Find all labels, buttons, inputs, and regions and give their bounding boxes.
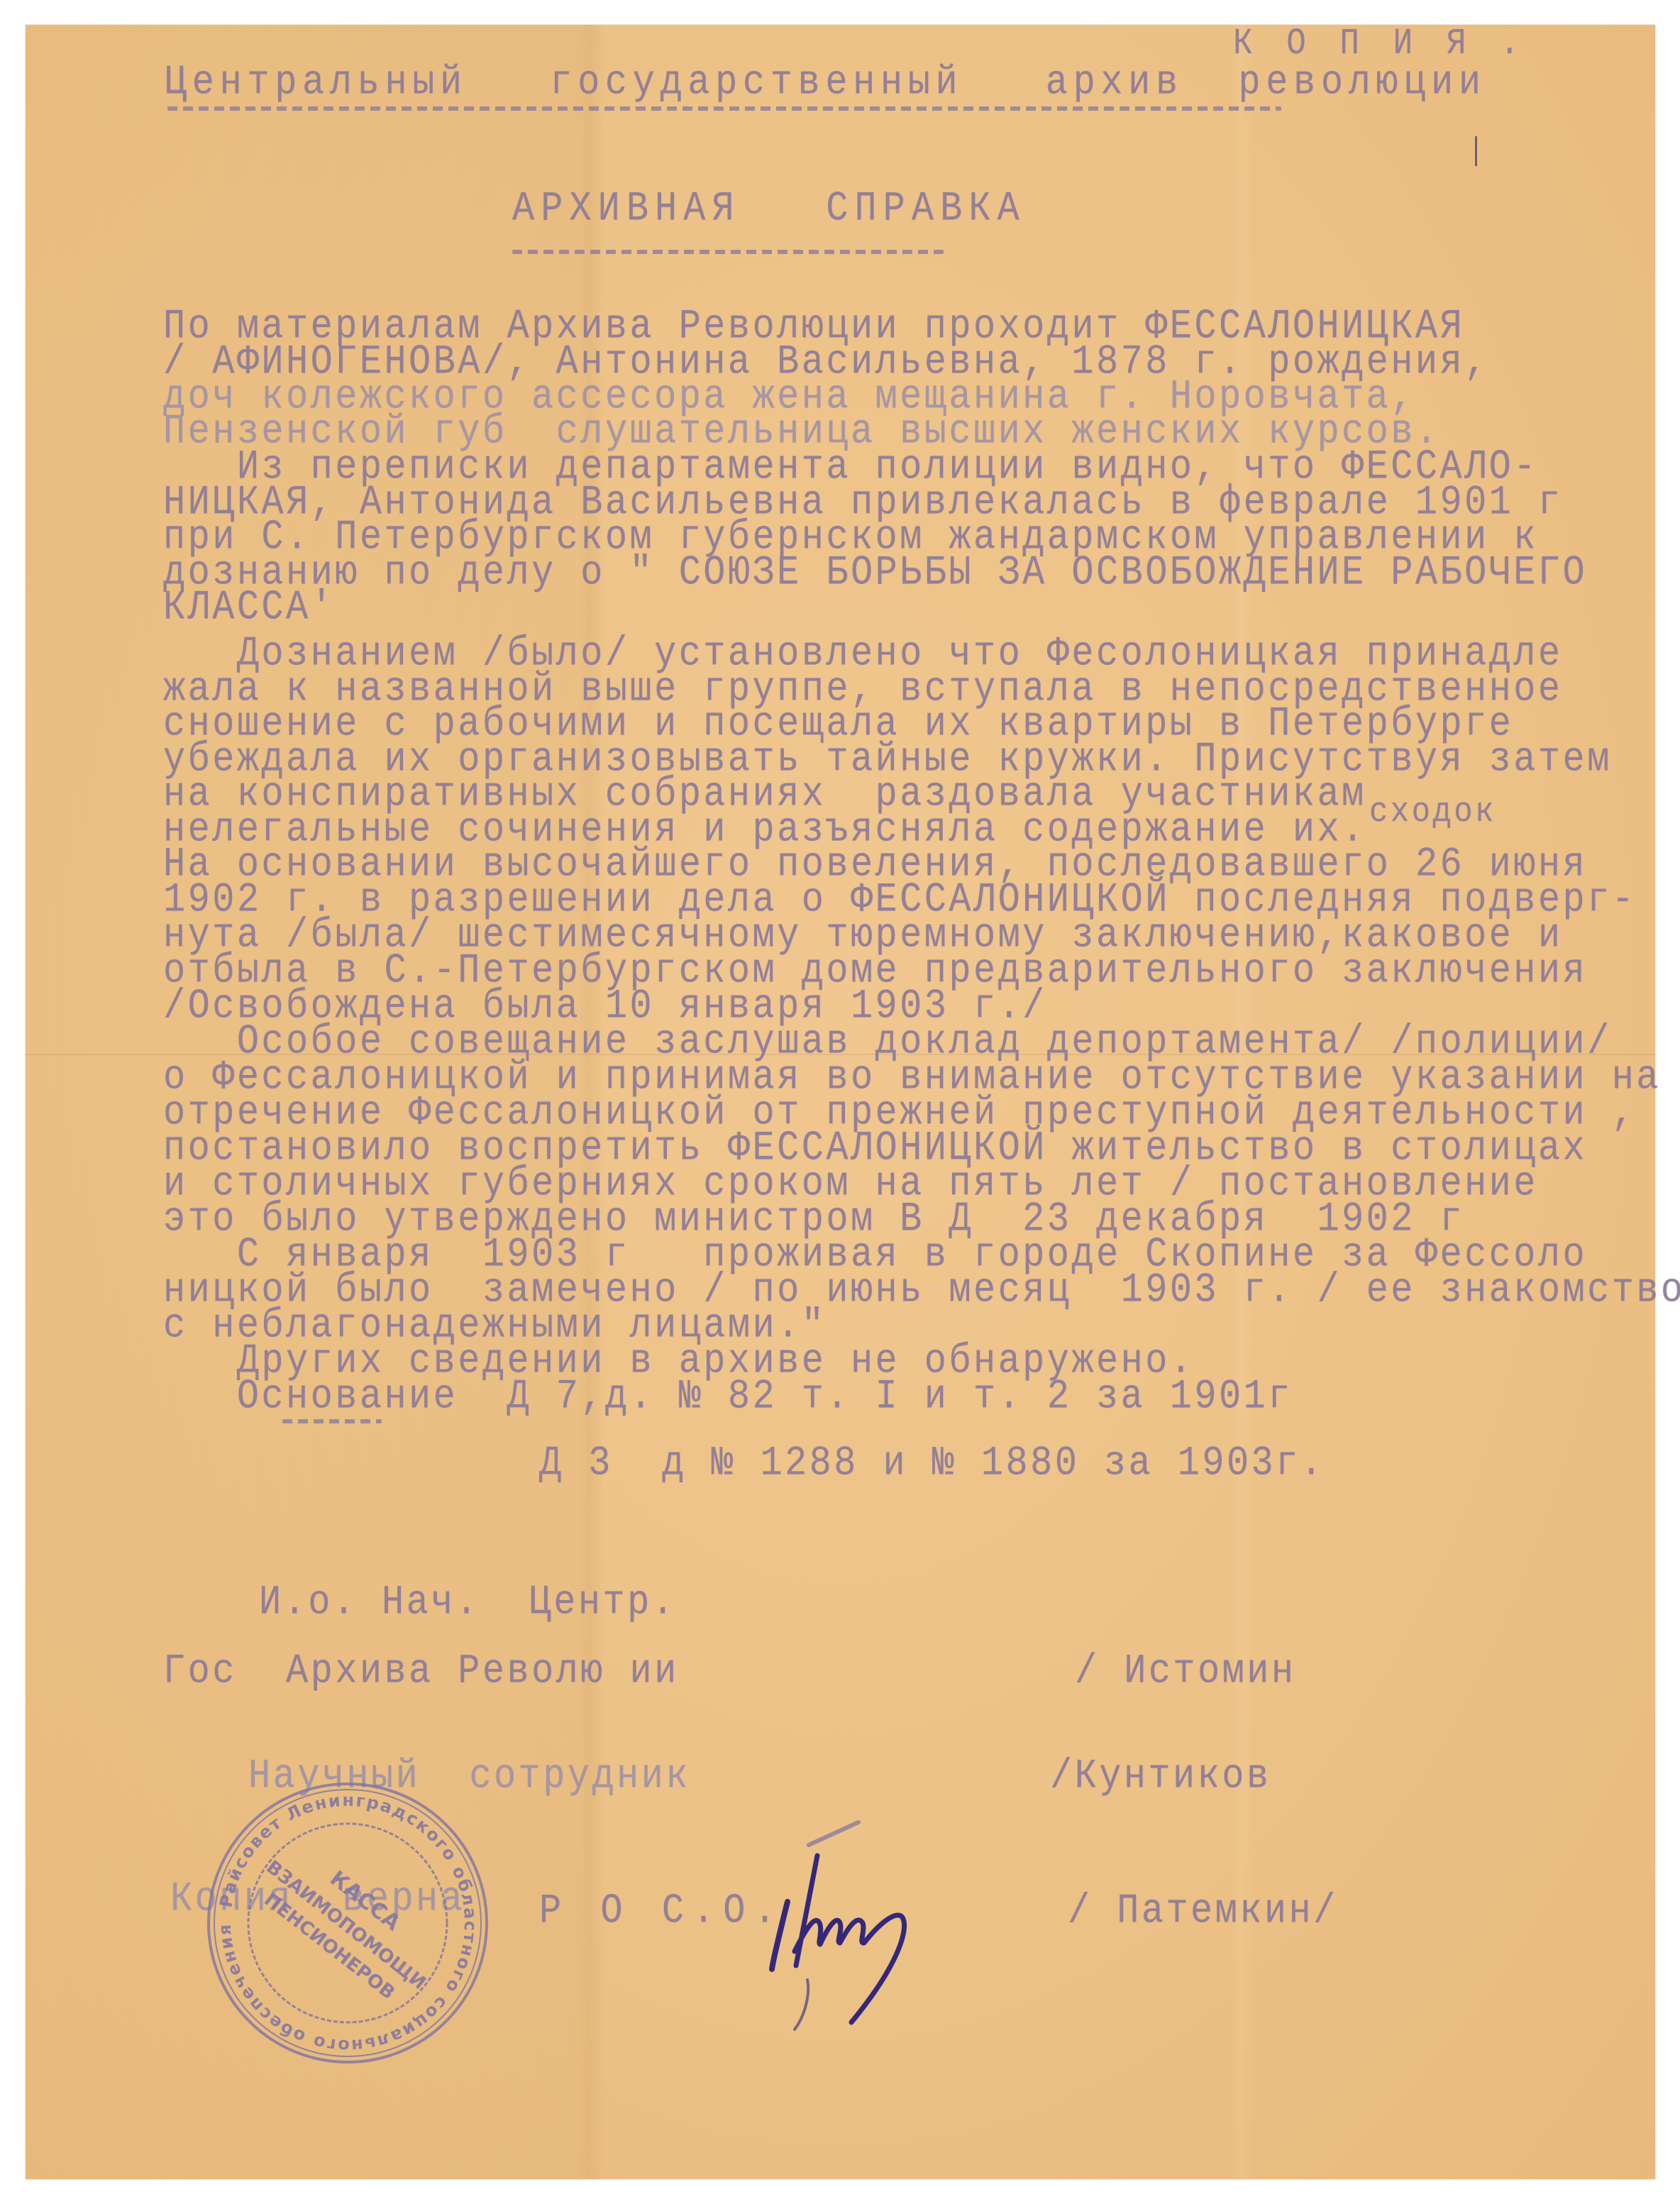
body-line: дознанию по делу о " СОЮЗЕ БОРЬБЫ ЗА ОСВ… xyxy=(163,553,1587,594)
signer-istomin: / Истомин xyxy=(1075,1651,1295,1692)
inserted-word: сходок xyxy=(1369,795,1496,830)
signer-patemkin: / Патемкин/ xyxy=(1068,1891,1338,1932)
body-line: КЛАССА' xyxy=(163,588,335,629)
basis-underline xyxy=(282,1419,382,1423)
organization-abbr: Р О С.О. xyxy=(539,1891,785,1932)
signature-icon xyxy=(752,1817,1022,2058)
document-title: АРХИВНАЯ СПРАВКА xyxy=(512,189,1026,230)
archive-name: Гос Архива Револю ии xyxy=(163,1651,679,1692)
institution-header: Центральный государственный архив револю… xyxy=(165,62,1486,104)
seal-icon: Райсовет Ленинградского областного социа… xyxy=(206,1781,490,2065)
handwritten-signature xyxy=(752,1817,1022,2058)
title-underline xyxy=(512,250,944,254)
basis-line-2: Д 3 д № 1288 и № 1880 за 1903г. xyxy=(539,1443,1325,1484)
body-line: Основание Д 7,д. № 82 т. I и т. 2 за 190… xyxy=(163,1377,1293,1418)
signer-kuntikov: /Кунтиков xyxy=(1050,1756,1271,1797)
acting-head-title: И.о. Нач. Центр. xyxy=(259,1582,676,1624)
margin-mark xyxy=(1475,136,1477,166)
round-seal-stamp: Райсовет Ленинградского областного социа… xyxy=(206,1781,490,2065)
copy-mark: К О П И Я . xyxy=(1233,26,1527,62)
header-underline xyxy=(167,106,1281,111)
